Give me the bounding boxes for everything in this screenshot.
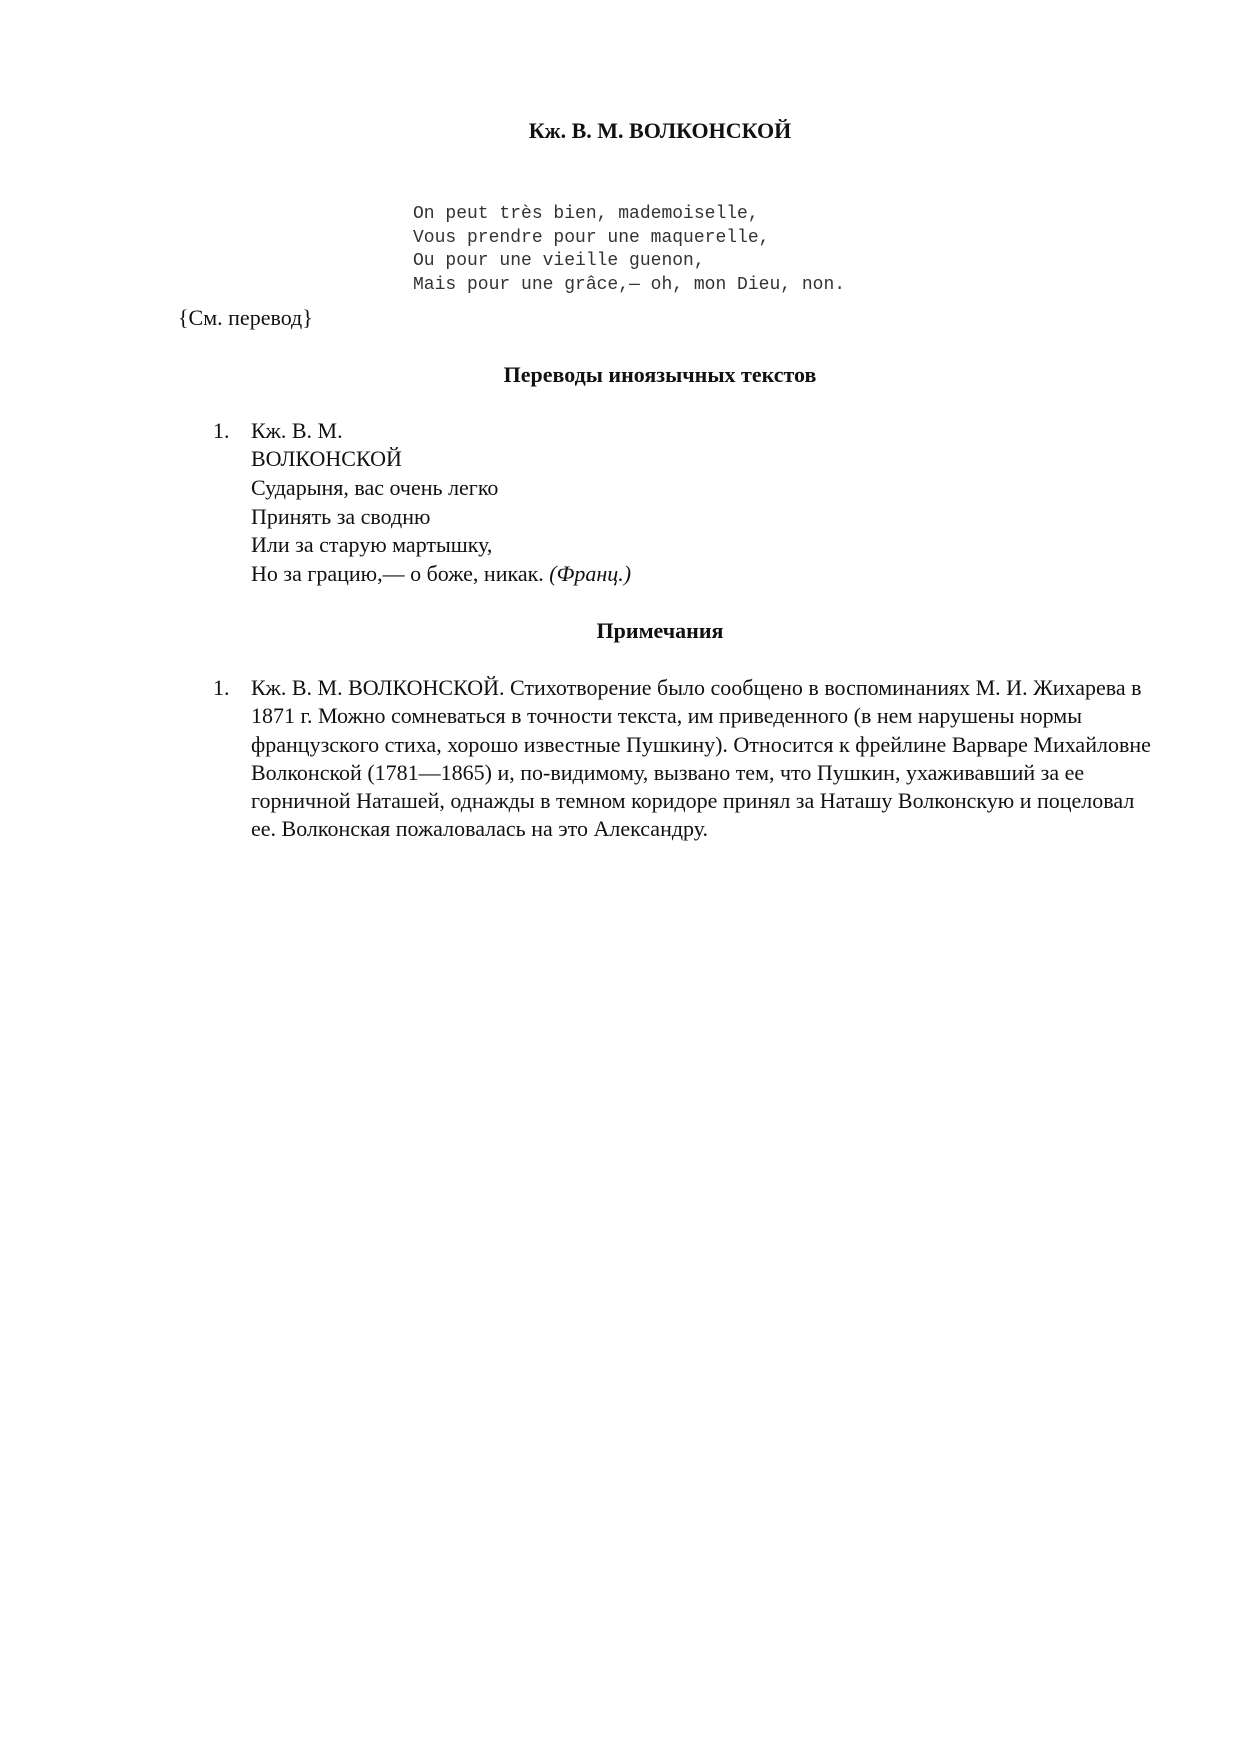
see-translation-link[interactable]: {См. перевод} (178, 304, 313, 332)
poem-line: Но за грацию,— о боже, никак. (Франц.) (251, 560, 631, 589)
poem-line: Mais pour une grâce,— oh, mon Dieu, non. (413, 274, 845, 298)
list-number: 1. (213, 674, 230, 702)
poem-line-text: Но за грацию,— о боже, никак. (251, 561, 544, 586)
language-mark: (Франц.) (549, 561, 631, 586)
list-number: 1. (213, 417, 230, 445)
french-poem: On peut très bien, mademoiselle, Vous pr… (413, 203, 845, 297)
poem-line: On peut très bien, mademoiselle, (413, 203, 845, 227)
translations-heading: Переводы иноязычных текстов (0, 361, 1241, 389)
translation-title: Кж. В. М. ВОЛКОНСКОЙ (251, 417, 402, 473)
poem-line: Принять за сводню (251, 503, 631, 532)
poem-line: Сударыня, вас очень легко (251, 474, 631, 503)
poem-line: Или за старую мартышку, (251, 531, 631, 560)
poem-line: Vous prendre pour une maquerelle, (413, 227, 845, 251)
translated-poem: Сударыня, вас очень легко Принять за сво… (251, 474, 631, 588)
note-text: Кж. В. М. ВОЛКОНСКОЙ. Стихотворение было… (251, 674, 1161, 844)
poem-line: Ou pour une vieille guenon, (413, 250, 845, 274)
notes-heading: Примечания (0, 617, 1241, 645)
poem-title: Кж. В. М. ВОЛКОНСКОЙ (0, 117, 1241, 145)
